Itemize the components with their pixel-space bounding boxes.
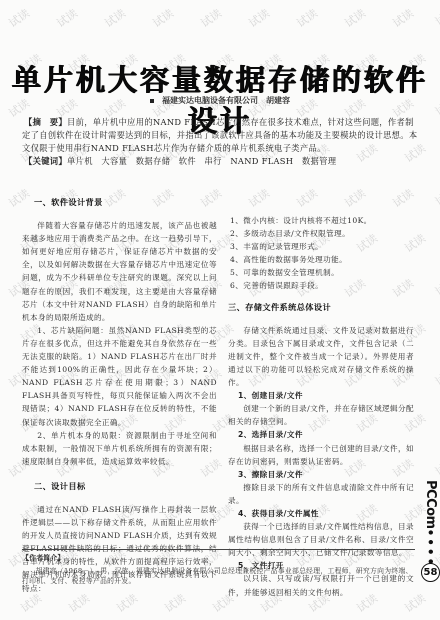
keywords: 【关键词】单片机 大容量 数据存储 软件 串行 NAND FLASH 数据管理 <box>22 155 422 168</box>
feature-item: 2、多级动态目录/文件权限管理。 <box>228 227 414 240</box>
watermark-text: 试读 <box>101 5 128 31</box>
affiliation: 福建实达电脑设备有限公司 <box>162 96 258 105</box>
paragraph: 伴随着大容量存储芯片的迅速发展，该产品也被越来越多地应用于消费类产品之中。在这一… <box>22 219 217 324</box>
subheading: 4、获得目录/文件属性 <box>228 507 414 520</box>
feature-item: 1、微小内核：设计内核将不超过10K。 <box>228 214 414 227</box>
abstract: 【摘 要】目前，单片机中应用的NAND FLASH芯片仍然存在很多技术难点，针对… <box>22 116 422 155</box>
left-column: 一、软件设计背景 伴随着大容量存储芯片的迅速发展，该产品也被越来越多地应用于消费… <box>22 190 217 595</box>
watermark-text: 试读 <box>197 5 224 31</box>
author-bio-heading: 【作者简介】 <box>22 553 415 564</box>
section-heading-goals: 二、设计目标 <box>34 480 217 493</box>
watermark-text: 试读 <box>53 5 80 31</box>
keywords-text: 单片机 大容量 数据存储 软件 串行 NAND FLASH 数据管理 <box>67 156 336 166</box>
bullet-square-icon <box>150 99 154 103</box>
watermark-text: 试读 <box>431 370 440 403</box>
page-number-badge: 58 <box>421 563 440 582</box>
brand-text: PCCom <box>423 480 438 529</box>
paragraph: 1、芯片缺陷问题：虽然NAND FLASH类型的芯片存在很多优点，但这并不能避免… <box>22 324 217 429</box>
watermark-text: 试读 <box>149 5 176 31</box>
paragraph: 2、单片机本身的局限：资源限制由于寻址空间和成本限制，一般情况下单片机系统所拥有… <box>22 429 217 468</box>
watermark-text: 试读 <box>389 5 416 31</box>
section-heading-background: 一、软件设计背景 <box>34 196 217 209</box>
paragraph: 根据目录名称，选择一个已创建的目录/文件，如存在访问密码，则需要认证密码。 <box>228 442 414 468</box>
abstract-label: 【摘 要】 <box>24 117 67 127</box>
keywords-label: 【关键词】 <box>24 156 67 166</box>
feature-item: 3、丰富的记录管理形式。 <box>228 240 414 253</box>
watermark-text: 试读 <box>341 5 368 31</box>
watermark-text: 试读 <box>293 5 320 31</box>
right-column: 1、微小内核：设计内核将不超过10K。 2、多级动态目录/文件权限管理。 3、丰… <box>228 190 414 599</box>
feature-item: 4、高性能的数据事务处理功能。 <box>228 253 414 266</box>
brand-dots: •••• <box>423 529 437 568</box>
watermark-text: 试读 <box>431 280 440 313</box>
paragraph: 擦除目录下的所有文件信息或清除文件中所有记录。 <box>228 481 414 507</box>
watermark-text: 试读 <box>431 190 440 223</box>
author-bio: 【作者简介】 胡建容（1968－），男，汉族，福建实达电脑设备有限公司总经理兼税… <box>22 553 415 587</box>
feature-item: 5、可靠的数据安全管理机制。 <box>228 266 414 279</box>
watermark-text: 试读 <box>5 5 32 31</box>
abstract-text: 目前，单片机中应用的NAND FLASH芯片仍然存在很多技术难点，针对这些问题，… <box>22 117 417 153</box>
section-heading-overall-design: 三、存储文件系统总体设计 <box>228 301 414 314</box>
author-name: 胡建容 <box>266 96 290 105</box>
abstract-block: 【摘 要】目前，单片机中应用的NAND FLASH芯片仍然存在很多技术难点，针对… <box>22 116 422 168</box>
byline: 福建实达电脑设备有限公司胡建容 <box>0 95 440 106</box>
spacer <box>228 190 414 214</box>
subheading: 1、创建目录/文件 <box>228 389 414 402</box>
subheading: 3、擦除目录/文件 <box>228 468 414 481</box>
subheading: 2、选择目录/文件 <box>228 428 414 441</box>
magazine-brand-logo: PCCom•••• <box>422 480 438 567</box>
feature-item: 6、完善的错误跟踪手段。 <box>228 279 414 292</box>
paragraph: 创建一个新的目录/文件，并在存储区域逻辑分配相关的存储空间。 <box>228 402 414 428</box>
watermark-text: 试读 <box>431 10 440 43</box>
paragraph: 存储文件系统通过目录、文件及记录对数据进行分类。目录包含下属目录或文件，文件包含… <box>228 324 414 389</box>
watermark-text: 试读 <box>245 5 272 31</box>
footnote-divider <box>22 549 415 550</box>
author-bio-text: 胡建容（1968－），男，汉族，福建实达电脑设备有限公司总经理兼税控产品事业部总… <box>22 566 415 587</box>
